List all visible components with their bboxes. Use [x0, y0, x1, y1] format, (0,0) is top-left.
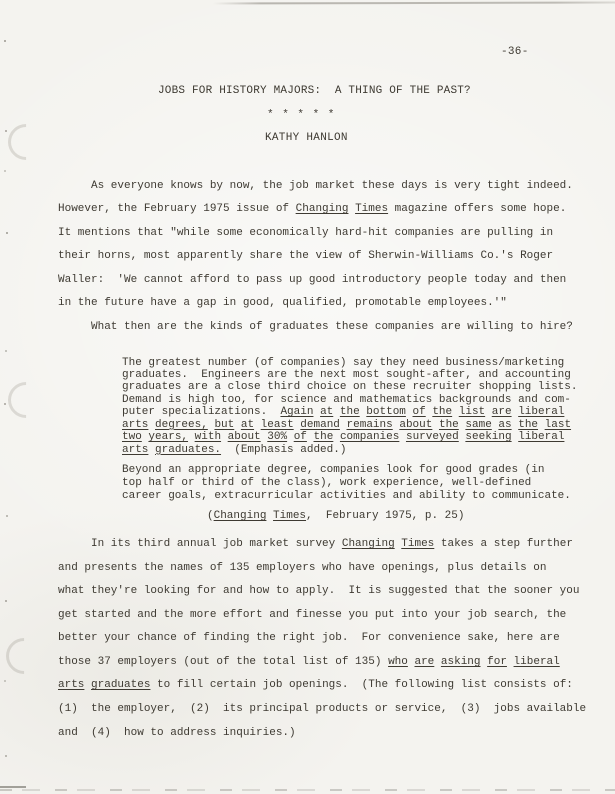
block-quote-demand: The greatest number (of companies) say t… — [122, 357, 598, 456]
underlined-text: years, — [148, 431, 188, 443]
paragraph-question: What then are the kinds of graduates the… — [58, 316, 598, 340]
author-name: KATHY HANLON — [265, 127, 598, 151]
underlined-text: liberal — [518, 431, 564, 443]
scan-speck-marks — [4, 40, 6, 42]
source-citation: (Changing Times, February 1975, p. 25) — [207, 509, 598, 523]
underlined-text: arts — [122, 444, 148, 456]
text-line: What then are the kinds of graduates the… — [58, 316, 598, 340]
text-line: and (4) how to address inquiries.) — [58, 722, 598, 746]
underlined-text: the — [314, 431, 334, 443]
text-line: However, the February 1975 issue of Chan… — [58, 198, 598, 222]
text-line: graduates are a close third choice on th… — [122, 381, 598, 393]
underlined-text: same — [465, 419, 491, 431]
text-line: It mentions that "while some economicall… — [58, 222, 598, 246]
text-line: Demand is high too, for science and math… — [122, 394, 598, 406]
underlined-text: bottom — [366, 406, 406, 418]
text-line: and presents the names of 135 employers … — [58, 557, 598, 581]
underlined-text: the — [518, 419, 538, 431]
underlined-text: Times — [273, 510, 306, 522]
text-line: better your chance of finding the right … — [58, 627, 598, 651]
document-heading: JOBS FOR HISTORY MAJORS: A THING OF THE … — [58, 80, 598, 151]
hole-punch-mark — [0, 631, 49, 682]
hole-punch-mark — [1, 117, 52, 168]
block-quote-criteria: Beyond an appropriate degree, companies … — [122, 464, 598, 503]
underlined-text: two — [122, 431, 142, 443]
underlined-text: asking — [441, 656, 481, 668]
underlined-text: the — [432, 406, 452, 418]
underlined-text: seeking — [465, 431, 511, 443]
paragraph-survey: In its third annual job market survey Ch… — [58, 533, 598, 745]
underlined-text: but — [214, 419, 234, 431]
text-line: arts graduates. (Emphasis added.) — [122, 444, 598, 456]
underlined-text: the — [439, 419, 459, 431]
underlined-text: Times — [401, 538, 434, 550]
underlined-text: degrees, — [155, 419, 208, 431]
underlined-text: of — [294, 431, 307, 443]
underlined-text: Changing — [342, 538, 395, 550]
text-line: those 37 employers (out of the total lis… — [58, 651, 598, 675]
text-line: what they're looking for and how to appl… — [58, 580, 598, 604]
text-line: Waller: 'We cannot afford to pass up goo… — [58, 269, 598, 293]
text-line: get started and the more effort and fine… — [58, 604, 598, 628]
document-page: -36- JOBS FOR HISTORY MAJORS: A THING OF… — [0, 0, 615, 794]
text-line: arts graduates to fill certain job openi… — [58, 674, 598, 698]
underlined-text: Changing — [296, 203, 349, 215]
hole-punch-mark — [1, 375, 52, 426]
underlined-text: demand — [300, 419, 340, 431]
text-line: The greatest number (of companies) say t… — [122, 357, 598, 369]
underlined-text: Changing — [214, 510, 267, 522]
underlined-text: Times — [355, 203, 388, 215]
text-line: As everyone knows by now, the job market… — [58, 175, 598, 199]
text-line: (1) the employer, (2) its principal prod… — [58, 698, 598, 722]
text-line: arts degrees, but at least demand remain… — [122, 419, 598, 431]
scan-edge-bottom-left-mark — [0, 786, 26, 788]
underlined-text: arts — [122, 419, 148, 431]
text-line: puter specializations. Again at the bott… — [122, 406, 598, 418]
underlined-text: at — [320, 406, 333, 418]
underlined-text: surveyed — [406, 431, 459, 443]
underlined-text: liberal — [514, 656, 560, 668]
underlined-text: the — [340, 406, 360, 418]
document-title: JOBS FOR HISTORY MAJORS: A THING OF THE … — [158, 80, 598, 104]
divider-stars: * * * * * — [267, 104, 598, 128]
underlined-text: who — [388, 656, 408, 668]
underlined-text: at — [241, 419, 254, 431]
underlined-text: graduates. — [155, 444, 221, 456]
underlined-text: companies — [340, 431, 399, 443]
underlined-text: Again — [280, 406, 313, 418]
underlined-text: remains — [347, 419, 393, 431]
text-line: Beyond an appropriate degree, companies … — [122, 464, 598, 477]
underlined-text: least — [261, 419, 294, 431]
underlined-text: list — [459, 406, 485, 418]
underlined-text: last — [545, 419, 571, 431]
text-line: their horns, most apparently share the v… — [58, 245, 598, 269]
text-line: career goals, extracurricular activities… — [122, 490, 598, 503]
text-line: In its third annual job market survey Ch… — [58, 533, 598, 557]
underlined-text: about — [228, 431, 261, 443]
underlined-text: are — [414, 656, 434, 668]
underlined-text: as — [498, 419, 511, 431]
underlined-text: graduates — [91, 679, 150, 691]
text-line: two years, with about 30% of the compani… — [122, 431, 598, 443]
underlined-text: for — [487, 656, 507, 668]
underlined-text: about — [399, 419, 432, 431]
underlined-text: liberal — [518, 406, 564, 418]
document-content: JOBS FOR HISTORY MAJORS: A THING OF THE … — [58, 0, 598, 745]
underlined-text: of — [413, 406, 426, 418]
underlined-text: arts — [58, 679, 84, 691]
scan-edge-bottom-line — [0, 789, 615, 791]
text-line: (Changing Times, February 1975, p. 25) — [207, 509, 598, 523]
paragraph-intro: As everyone knows by now, the job market… — [58, 175, 598, 317]
underlined-text: 30% — [267, 431, 287, 443]
text-line: in the future have a gap in good, qualif… — [58, 292, 598, 316]
underlined-text: with — [195, 431, 221, 443]
text-line: graduates. Engineers are the next most s… — [122, 369, 598, 381]
text-line: top half or third of the class), work ex… — [122, 477, 598, 490]
underlined-text: are — [492, 406, 512, 418]
